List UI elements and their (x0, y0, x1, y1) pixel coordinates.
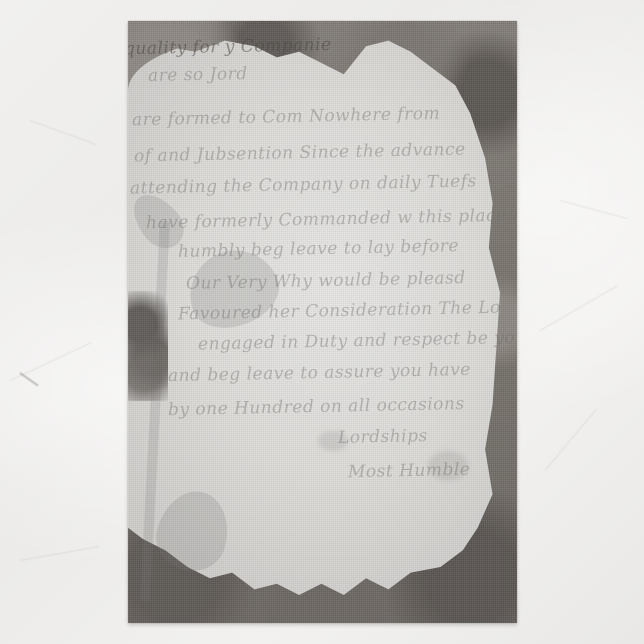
script-line: quality for y Companie (128, 35, 332, 59)
marble-vein (540, 285, 618, 331)
script-line: and beg leave to assure you have (168, 360, 471, 386)
marble-vein (19, 372, 38, 386)
script-line: are so Jord (148, 64, 248, 86)
marble-vein (30, 120, 96, 145)
marble-vein (545, 409, 597, 471)
script-line: by one Hundred on all occasions (168, 394, 465, 420)
marble-vein (560, 200, 628, 219)
marble-background: quality for y Companie are so Jord are f… (0, 0, 644, 644)
marble-vein (20, 546, 99, 561)
script-line: are formed to Com Nowhere from (132, 104, 440, 130)
handwritten-script: quality for y Companie are so Jord are f… (128, 21, 517, 623)
script-line: engaged in Duty and respect be you (198, 328, 517, 355)
script-line: Lordships (338, 426, 428, 448)
script-line: attending the Company on daily Tuefs (130, 171, 477, 198)
script-line: Most Humble (348, 460, 471, 483)
stationery-paper: quality for y Companie are so Jord are f… (128, 21, 517, 623)
script-line: humbly beg leave to lay before (178, 236, 459, 262)
script-line: have formerly Commanded w this place abl… (146, 205, 517, 233)
script-line: of and Jubsention Since the advance (134, 140, 466, 167)
script-line: Favoured her Consideration The Lo (178, 298, 501, 325)
script-line: Our Very Why would be pleasd (186, 268, 466, 294)
